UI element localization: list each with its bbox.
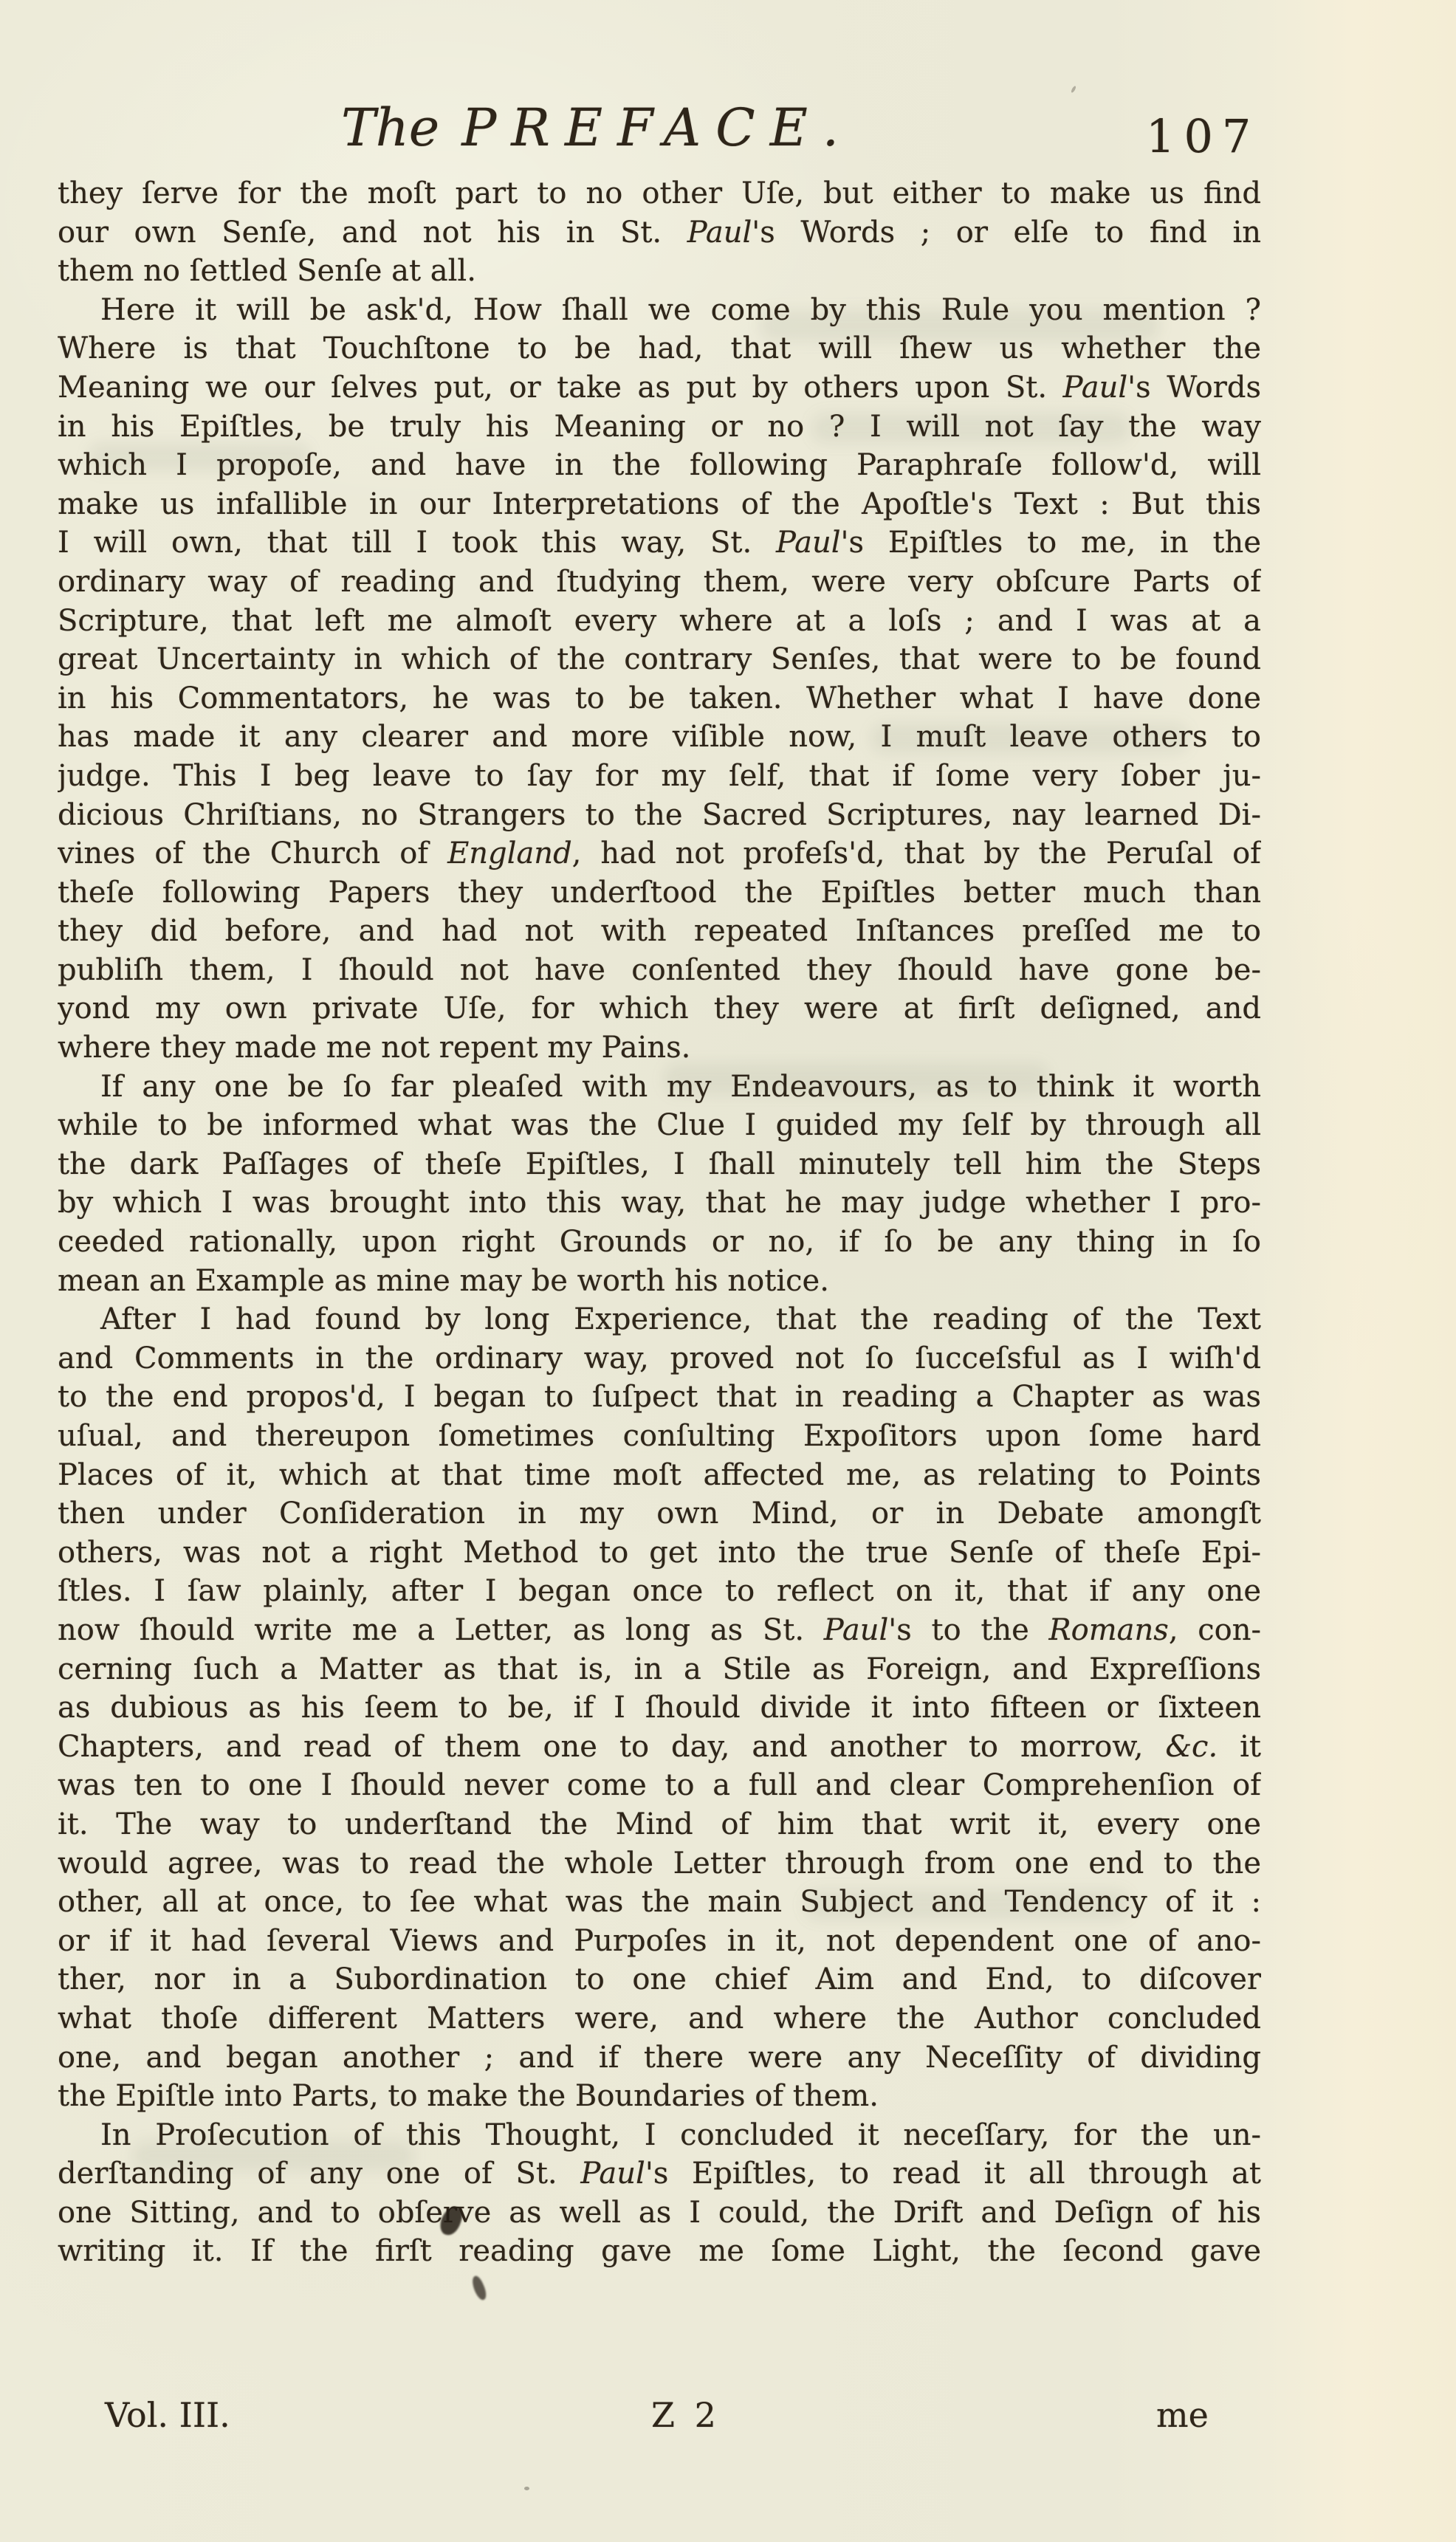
text-line: publiſh them, I ſhould not have conſente… bbox=[58, 951, 1261, 990]
text-line: cerning ſuch a Matter as that is, in a S… bbox=[58, 1650, 1261, 1689]
text-line: in his Epiſtles, be truly his Meaning or… bbox=[58, 408, 1261, 447]
text-line: theſe following Papers they underſtood t… bbox=[58, 873, 1261, 913]
text-line: one, and began another ; and if there we… bbox=[58, 2038, 1261, 2078]
paper-speck bbox=[524, 2487, 529, 2490]
text-line: the dark Paſſages of theſe Epiſtles, I ſ… bbox=[58, 1145, 1261, 1184]
running-title: ThePREFACE. bbox=[341, 97, 854, 158]
text-line: Places of it, which at that time moſt af… bbox=[58, 1456, 1261, 1495]
text-line: mean an Example as mine may be worth his… bbox=[58, 1262, 1261, 1301]
text-line: vines of the Church of England, had not … bbox=[58, 834, 1261, 873]
text-line: now ſhould write me a Letter, as long as… bbox=[58, 1611, 1261, 1650]
text-line: and Comments in the ordinary way, proved… bbox=[58, 1339, 1261, 1378]
page-number: 107 bbox=[1146, 109, 1260, 163]
text-line: which I propoſe, and have in the followi… bbox=[58, 446, 1261, 485]
text-line: by which I was brought into this way, th… bbox=[58, 1184, 1261, 1223]
text-line: others, was not a right Method to get in… bbox=[58, 1533, 1261, 1573]
text-line: has made it any clearer and more viſible… bbox=[58, 718, 1261, 757]
text-line: Here it will be ask'd, How ſhall we come… bbox=[58, 291, 1261, 330]
catchword: me bbox=[1156, 2395, 1209, 2435]
text-line: derſtanding of any one of St. Paul's Epi… bbox=[58, 2154, 1261, 2194]
text-line: where they made me not repent my Pains. bbox=[58, 1028, 1261, 1068]
scanned-book-page: ThePREFACE. 107 they ſerve for the moſt … bbox=[0, 0, 1456, 2542]
text-line: ſtles. I ſaw plainly, after I began once… bbox=[58, 1572, 1261, 1611]
text-line: would agree, was to read the whole Lette… bbox=[58, 1844, 1261, 1883]
text-block: they ſerve for the moſt part to no other… bbox=[58, 174, 1261, 2271]
page-header: ThePREFACE. 107 bbox=[0, 0, 1456, 192]
text-line: dicious Chriſtians, no Strangers to the … bbox=[58, 796, 1261, 835]
text-line: Chapters, and read of them one to day, a… bbox=[58, 1728, 1261, 1767]
text-line: while to be informed what was the Clue I… bbox=[58, 1106, 1261, 1145]
text-line: great Uncertainty in which of the contra… bbox=[58, 640, 1261, 679]
text-line: After I had found by long Experience, th… bbox=[58, 1300, 1261, 1339]
text-line: make us infallible in our Interpretation… bbox=[58, 485, 1261, 524]
text-line: it. The way to underſtand the Mind of hi… bbox=[58, 1805, 1261, 1844]
text-line: ordinary way of reading and ſtudying the… bbox=[58, 563, 1261, 602]
text-line: our own Senſe, and not his in St. Paul's… bbox=[58, 213, 1261, 253]
text-line: writing it. If the firſt reading gave me… bbox=[58, 2232, 1261, 2271]
text-line: If any one be ſo far pleaſed with my End… bbox=[58, 1068, 1261, 1107]
page-footer: Vol. III. Z 2 me bbox=[0, 2395, 1456, 2454]
text-line: Meaning we our ſelves put, or take as pu… bbox=[58, 368, 1261, 408]
text-line: was ten to one I ſhould never come to a … bbox=[58, 1766, 1261, 1805]
text-line: I will own, that till I took this way, S… bbox=[58, 523, 1261, 563]
text-line: In Proſecution of this Thought, I conclu… bbox=[58, 2116, 1261, 2155]
text-line: judge. This I beg leave to ſay for my ſe… bbox=[58, 757, 1261, 796]
running-title-the: The bbox=[341, 97, 439, 158]
ink-blot bbox=[470, 2275, 490, 2302]
text-line: ceeded rationally, upon right Grounds or… bbox=[58, 1223, 1261, 1262]
text-line: them no ſettled Senſe at all. bbox=[58, 252, 1261, 291]
text-line: Where is that Touchſtone to be had, that… bbox=[58, 329, 1261, 368]
text-line: as dubious as his ſeem to be, if I ſhoul… bbox=[58, 1689, 1261, 1728]
text-line: what thoſe different Matters were, and w… bbox=[58, 1999, 1261, 2038]
text-line: the Epiſtle into Parts, to make the Boun… bbox=[58, 2077, 1261, 2116]
text-line: then under Conſideration in my own Mind,… bbox=[58, 1494, 1261, 1533]
text-line: ther, nor in a Subordination to one chie… bbox=[58, 1960, 1261, 1999]
running-title-main: PREFACE. bbox=[461, 97, 854, 158]
text-line: one Sitting, and to obſerve as well as I… bbox=[58, 2194, 1261, 2233]
text-line: yond my own private Uſe, for which they … bbox=[58, 989, 1261, 1028]
text-line: Scripture, that left me almoſt every whe… bbox=[58, 602, 1261, 641]
text-line: uſual, and thereupon ſometimes conſultin… bbox=[58, 1417, 1261, 1456]
text-line: in his Commentators, he was to be taken.… bbox=[58, 679, 1261, 718]
text-line: or if it had ſeveral Views and Purpoſes … bbox=[58, 1922, 1261, 1961]
text-line: they ſerve for the moſt part to no other… bbox=[58, 174, 1261, 213]
text-line: they did before, and had not with repeat… bbox=[58, 912, 1261, 951]
volume-label: Vol. III. bbox=[105, 2395, 230, 2435]
text-line: other, all at once, to ſee what was the … bbox=[58, 1883, 1261, 1922]
text-line: to the end propos'd, I began to ſuſpect … bbox=[58, 1378, 1261, 1417]
signature-mark: Z 2 bbox=[651, 2395, 721, 2435]
